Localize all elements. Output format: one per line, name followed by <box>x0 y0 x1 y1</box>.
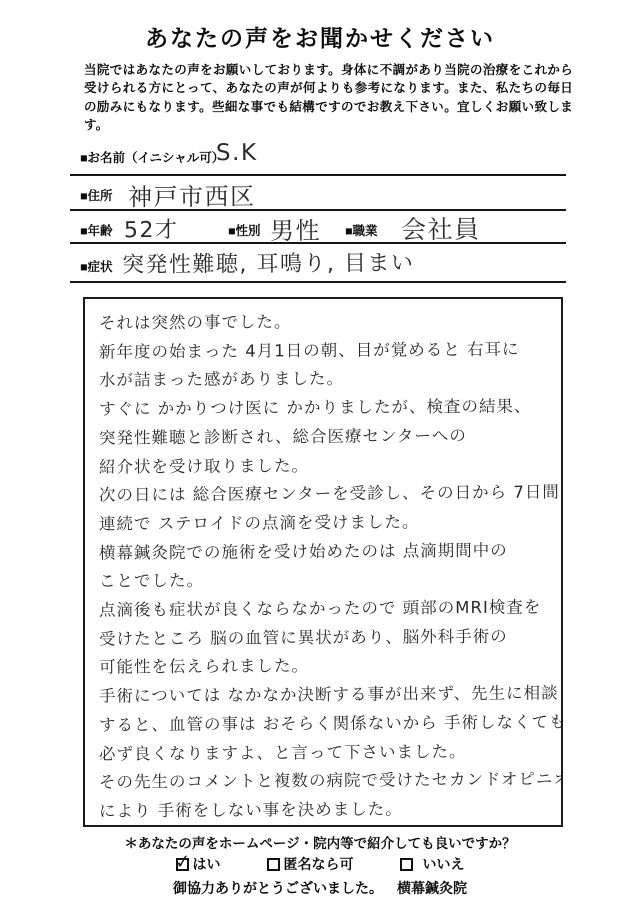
gender-value: 男性 <box>270 211 321 246</box>
checkbox-yes-checked: ✓ <box>176 858 189 871</box>
age-label: ■年齢 <box>80 221 113 239</box>
thanks-text: 御協力ありがとうございました。 <box>173 880 383 896</box>
testimonial-line: それは突然の事でした。 <box>99 306 555 338</box>
row-divider <box>70 281 566 283</box>
row-divider <box>70 174 566 176</box>
consent-option-label: いいえ <box>423 854 465 874</box>
name-label: ■お名前（イニシャル可） <box>80 148 224 166</box>
testimonial-line: 可能性を伝えられました。 <box>99 651 555 683</box>
testimonial-line: 横幕鍼灸院での施術を受け始めたのは 点滴期間中の <box>99 536 555 568</box>
address-value: 神戸市西区 <box>128 177 256 213</box>
testimonial-line: その先生のコメントと複数の病院で受けたセカンドオピニオン <box>99 766 555 798</box>
symptom-value: 突発性難聴, 耳鳴り, 目まい <box>122 246 415 279</box>
testimonial-line: すぐに かかりつけ医に かかりましたが、検査の結果、 <box>99 393 555 425</box>
gender-label: ■性別 <box>228 221 261 239</box>
testimonial-line: 必ず良くなりますよ、と言って下さいました。 <box>99 737 555 769</box>
testimonial-line: 突発性難聴と診断され、総合医療センターへの <box>99 421 555 453</box>
checkbox-no: ✓ <box>400 858 413 871</box>
consent-option-no: ✓ いいえ <box>400 854 465 874</box>
consent-option-label: 匿名なら可 <box>284 854 354 874</box>
consent-option-anonymous: ✓ 匿名なら可 <box>267 854 354 874</box>
testimonial-line: 受けたところ 脳の血管に異状があり、脳外科手術の <box>99 622 555 654</box>
name-value: S.K <box>216 140 258 166</box>
consent-option-yes: ✓ はい <box>176 854 221 874</box>
testimonial-line: すると、血管の事は おそらく関係ないから 手術しなくても <box>99 708 555 740</box>
testimonial-line: ことでした。 <box>99 565 555 597</box>
consent-option-label: はい <box>193 854 221 874</box>
testimonial-line: 手術については なかなか決断する事が出来ず、先生に相談 <box>99 680 555 712</box>
job-label: ■職業 <box>345 221 378 239</box>
testimonial-line: により 手術をしない事を決めました。 <box>99 794 555 826</box>
checkbox-anonymous: ✓ <box>267 858 280 871</box>
testimonial-line: 紹介状を受け取りました。 <box>99 450 555 482</box>
address-label: ■住所 <box>80 186 113 204</box>
testimonial-line: 新年度の始まった 4月1日の朝、目が覚めると 右耳に <box>99 335 555 367</box>
consent-options: ✓ はい ✓ 匿名なら可 ✓ いいえ <box>0 854 640 874</box>
testimonial-line: 次の日には 総合医療センターを受診し、その日から 7日間 <box>99 479 555 511</box>
scanned-feedback-form: あなたの声をお聞かせください 当院ではあなたの声をお願いしております。身体に不調… <box>0 0 640 914</box>
intro-paragraph: 当院ではあなたの声をお願いしております。身体に不調があり当院の治療をこれから受け… <box>84 61 573 135</box>
publish-consent-question: ＊あなたの声をホームページ・院内等で紹介しても良いですか？ <box>0 832 640 852</box>
testimonial-line: 水が詰まった感がありました。 <box>99 364 555 396</box>
row-divider <box>70 242 566 244</box>
age-value: 52才 <box>124 213 179 244</box>
testimonial-box: それは突然の事でした。 新年度の始まった 4月1日の朝、目が覚めると 右耳に 水… <box>83 297 563 827</box>
symptom-label: ■症状 <box>80 257 113 275</box>
page-title: あなたの声をお聞かせください <box>0 20 640 53</box>
footer-thanks: 御協力ありがとうございました。横幕鍼灸院 <box>0 878 640 898</box>
clinic-name: 横幕鍼灸院 <box>397 880 467 896</box>
testimonial-line: 点滴後も症状が良くならなかったので 頭部のMRI検査を <box>99 593 555 625</box>
testimonial-line: 連続で ステロイドの点滴を受けました。 <box>99 507 555 539</box>
checkmark-icon: ✓ <box>173 850 191 874</box>
job-value: 会社員 <box>401 210 481 247</box>
